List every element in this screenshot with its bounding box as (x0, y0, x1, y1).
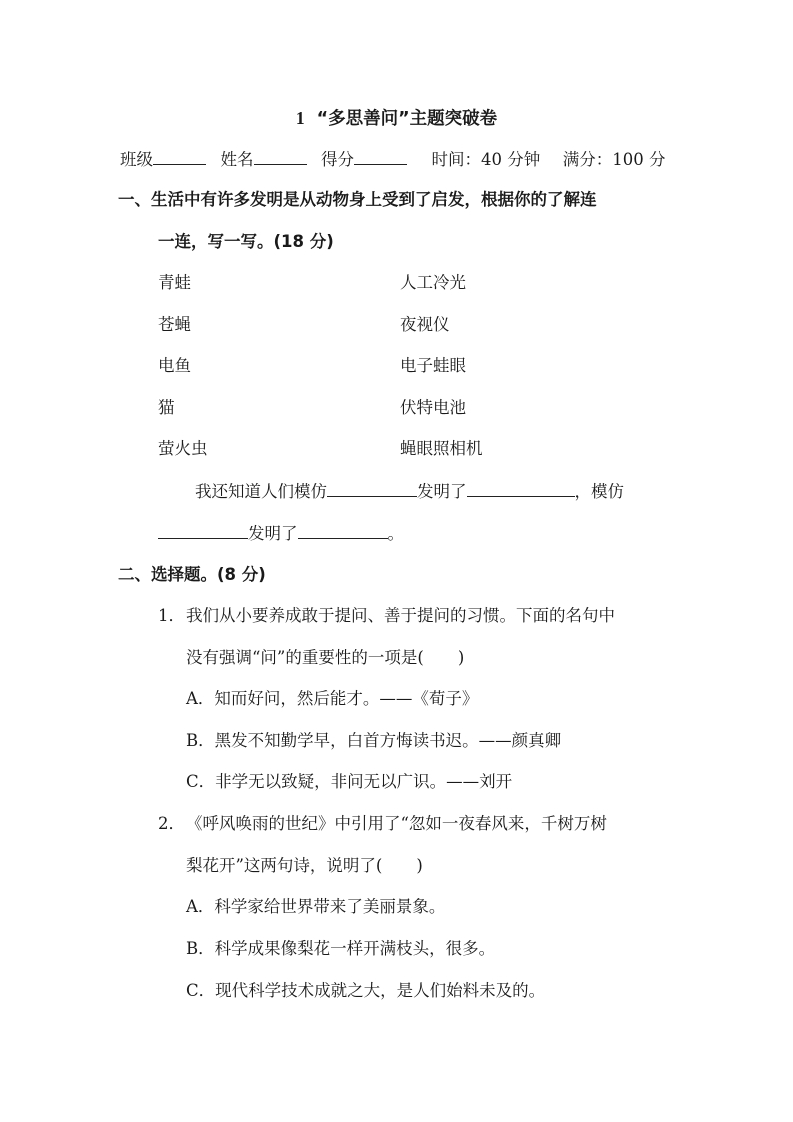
name-label: 姓名 (221, 150, 254, 169)
fill-line-2: 发明了。 (158, 522, 404, 545)
question-text: 梨花开”这两句诗，说明了( (186, 856, 382, 875)
option-c[interactable]: C．非学无以致疑，非问无以广识。——刘开 (186, 771, 512, 793)
invention-item[interactable]: 伏特电池 (400, 397, 466, 419)
section1-heading-line2-text: 一连，写一写。(18 分) (158, 232, 334, 251)
fill-blank[interactable] (158, 522, 248, 539)
name-field[interactable] (254, 148, 307, 165)
animal-item[interactable]: 青蛙 (158, 272, 191, 294)
class-label: 班级 (120, 150, 153, 169)
fill-text: 。 (388, 524, 405, 543)
question-text: 我们从小要养成敢于提问、善于提问的习惯。下面的名句中 (186, 605, 615, 627)
animal-item[interactable]: 电鱼 (158, 355, 191, 377)
title-text: “多思善问”主题突破卷 (317, 109, 498, 129)
option-b[interactable]: B．黑发不知勤学早，白首方悔读书迟。——颜真卿 (186, 730, 561, 752)
page-title: 1“多思善问”主题突破卷 (0, 105, 793, 130)
question-number: 1． (158, 605, 185, 627)
animal-item[interactable]: 猫 (158, 397, 175, 419)
fill-line-1: 我还知道人们模仿发明了，模仿 (195, 480, 624, 503)
section2-heading: 二、选择题。(8 分) (118, 564, 266, 586)
invention-item[interactable]: 电子蛙眼 (400, 355, 466, 377)
section1-heading-line2: 一连，写一写。(18 分) (158, 231, 334, 253)
invention-item[interactable]: 人工冷光 (400, 272, 466, 294)
time-info: 时间：40 分钟 (432, 150, 541, 169)
question-text-cont: 梨花开”这两句诗，说明了() (186, 855, 423, 877)
animal-item[interactable]: 萤火虫 (158, 438, 208, 460)
fill-text: 我还知道人们模仿 (195, 482, 327, 501)
question-text-cont: 没有强调“问”的重要性的一项是() (186, 647, 464, 669)
score-field[interactable] (354, 148, 407, 165)
fill-text: ，模仿 (575, 482, 625, 501)
fill-blank[interactable] (467, 480, 575, 497)
invention-item[interactable]: 蝇眼照相机 (400, 438, 483, 460)
fill-blank[interactable] (298, 522, 388, 539)
title-number: 1 (296, 108, 305, 128)
question-text: 《呼风唤雨的世纪》中引用了“忽如一夜春风来，千树万树 (186, 813, 607, 835)
fill-text: 发明了 (248, 524, 298, 543)
option-a[interactable]: A．知而好问，然后能才。——《荀子》 (186, 688, 478, 710)
animal-item[interactable]: 苍蝇 (158, 314, 191, 336)
paren-close: ) (458, 648, 464, 667)
invention-item[interactable]: 夜视仪 (400, 314, 450, 336)
option-c[interactable]: C．现代科学技术成就之大，是人们始料未及的。 (186, 980, 545, 1002)
fill-text: 发明了 (417, 482, 467, 501)
section1-heading-line1: 一、生活中有许多发明是从动物身上受到了启发，根据你的了解连 (118, 189, 597, 211)
full-score-info: 满分：100 分 (563, 150, 666, 169)
paren-close: ) (416, 856, 422, 875)
class-field[interactable] (153, 148, 206, 165)
question-text: 没有强调“问”的重要性的一项是( (186, 648, 424, 667)
fill-blank[interactable] (327, 480, 417, 497)
option-b[interactable]: B．科学成果像梨花一样开满枝头，很多。 (186, 938, 495, 960)
info-line: 班级 姓名 得分 时间：40 分钟 满分：100 分 (120, 148, 666, 171)
option-a[interactable]: A．科学家给世界带来了美丽景象。 (186, 896, 445, 918)
question-number: 2． (158, 813, 185, 835)
score-label: 得分 (321, 150, 354, 169)
